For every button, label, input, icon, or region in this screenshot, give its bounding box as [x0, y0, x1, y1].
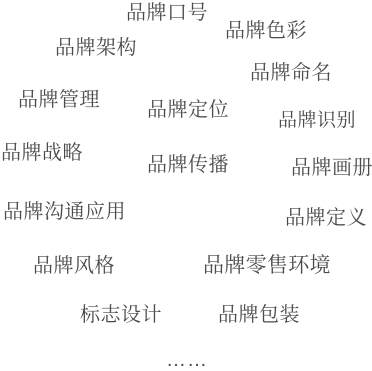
tag-brand-naming: 品牌命名: [250, 62, 332, 84]
brand-tag-cloud: 品牌口号 品牌色彩 品牌架构 品牌命名 品牌管理 品牌定位 品牌识别 品牌战略 …: [0, 0, 372, 371]
tag-brand-colors: 品牌色彩: [225, 20, 307, 42]
ellipsis-text: ……: [166, 349, 208, 371]
tag-brand-positioning: 品牌定位: [147, 99, 229, 121]
tag-brand-communication: 品牌传播: [147, 154, 229, 176]
tag-brand-brochure: 品牌画册: [291, 157, 372, 179]
tag-brand-management: 品牌管理: [18, 89, 100, 111]
tag-brand-definition: 品牌定义: [285, 207, 367, 229]
tag-brand-slogan: 品牌口号: [126, 2, 208, 24]
tag-brand-architecture: 品牌架构: [55, 37, 137, 59]
tag-brand-communication-apps: 品牌沟通应用: [3, 201, 126, 223]
tag-brand-retail-environment: 品牌零售环境: [203, 254, 331, 277]
tag-brand-packaging: 品牌包装: [218, 304, 300, 326]
tag-logo-design: 标志设计: [80, 304, 162, 326]
tag-brand-identity: 品牌识别: [278, 111, 356, 132]
tag-brand-style: 品牌风格: [33, 255, 115, 277]
tag-brand-strategy: 品牌战略: [1, 142, 83, 164]
